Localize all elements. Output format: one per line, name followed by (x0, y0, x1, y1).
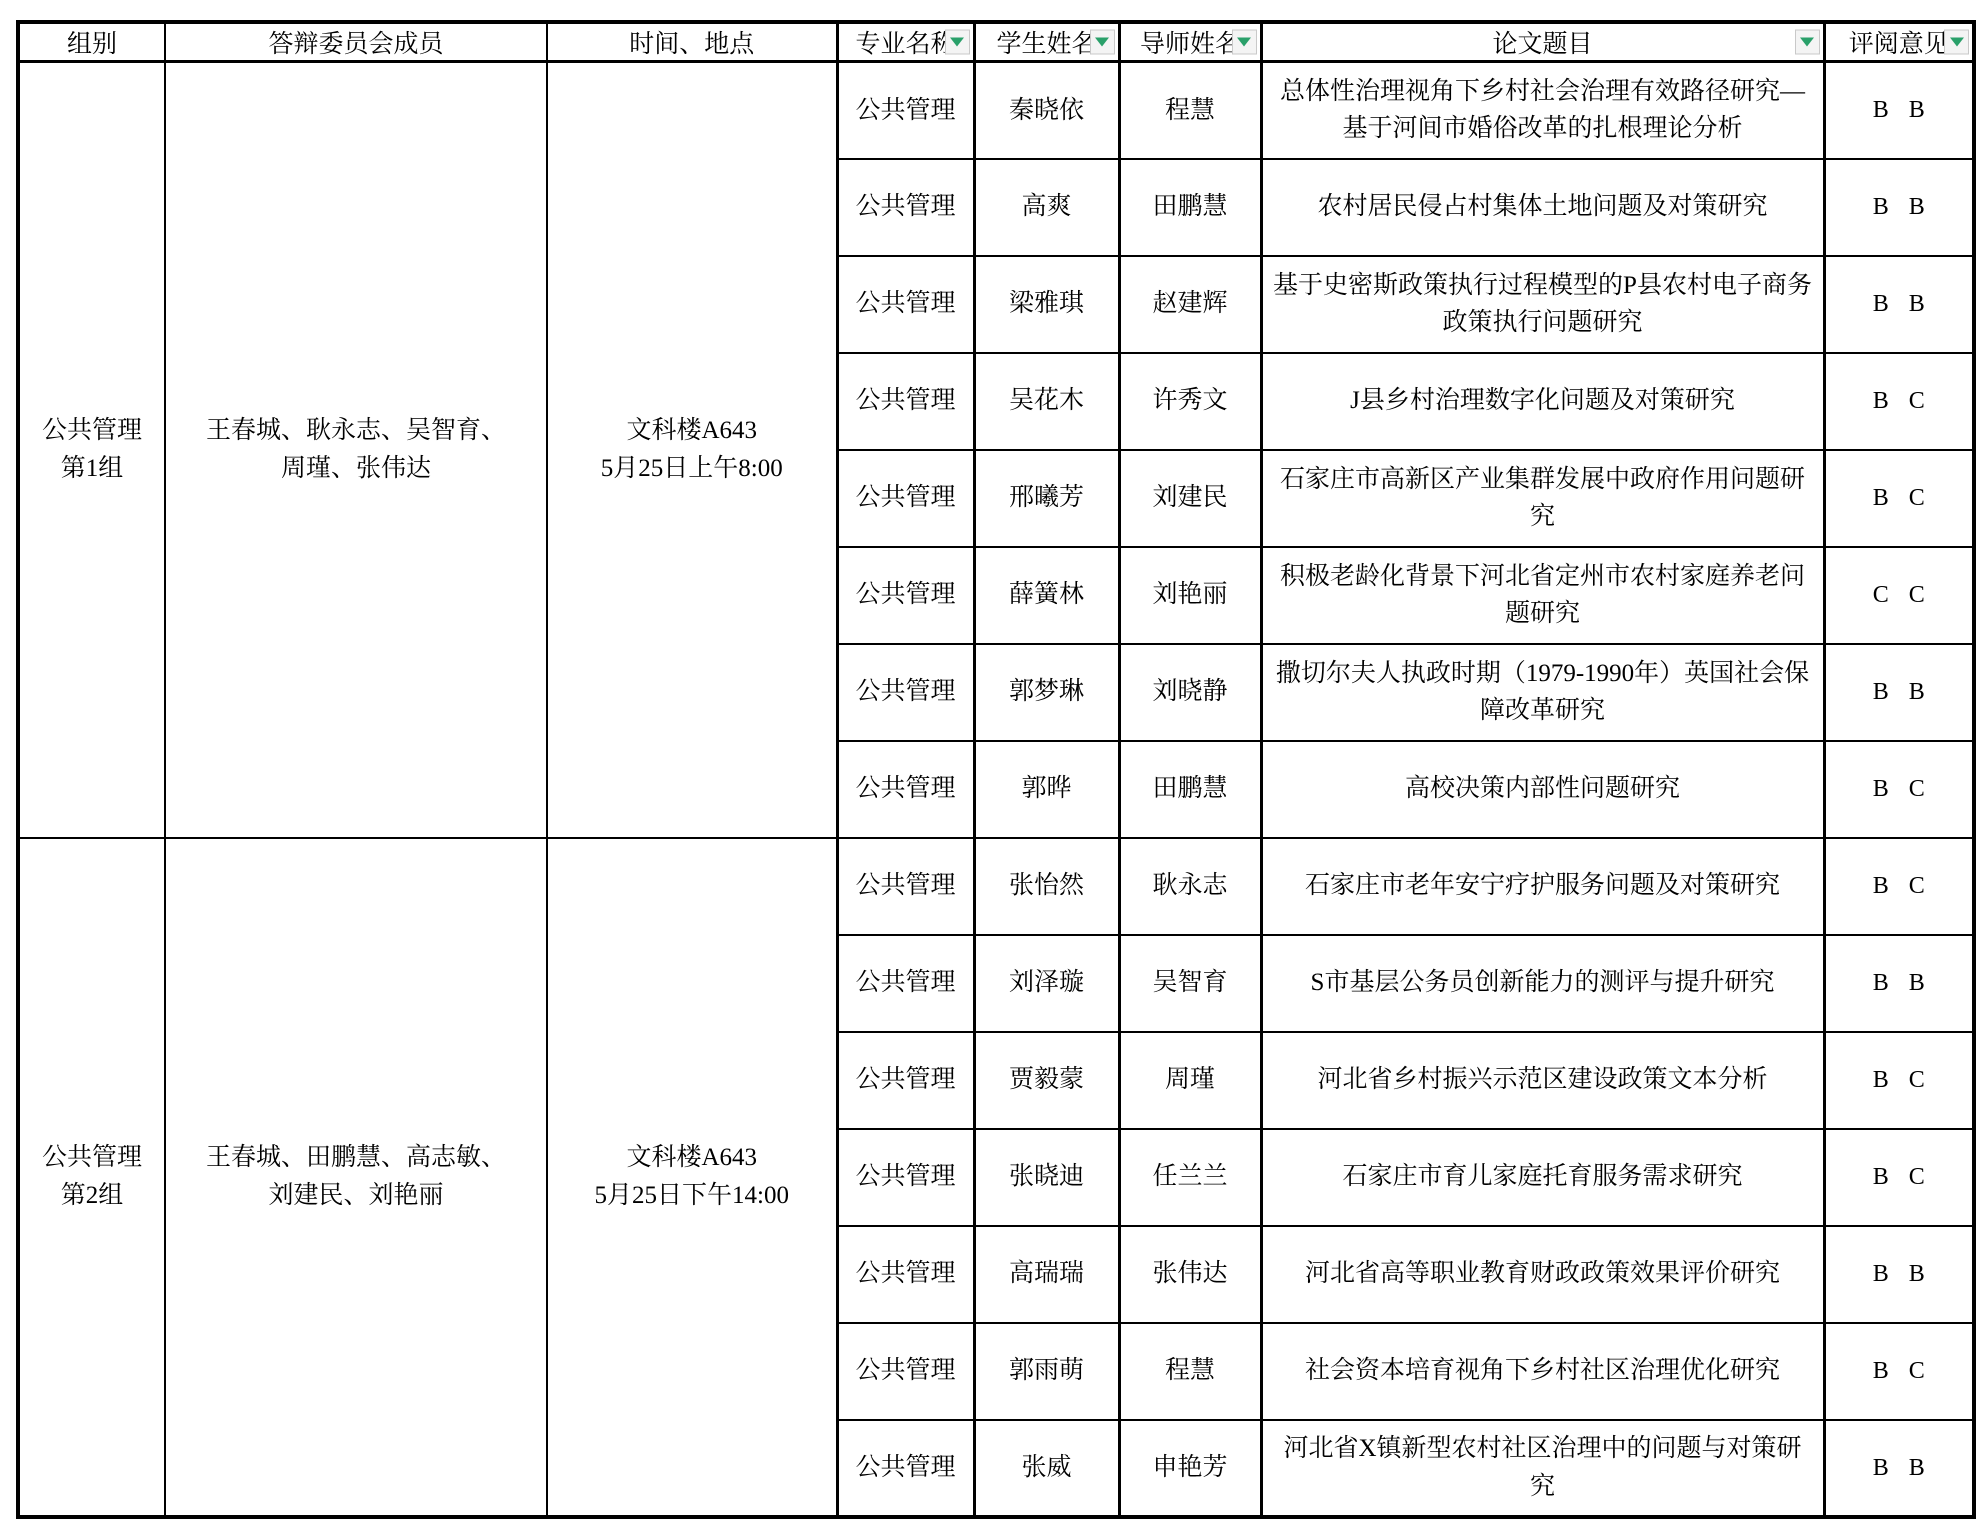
column-header-label: 组别 (67, 31, 117, 58)
group-name-cell[interactable]: 公共管理 第1组 (18, 62, 165, 838)
column-header-2[interactable]: 时间、地点 (547, 22, 837, 62)
review-opinion-cell[interactable]: B C (1824, 1323, 1974, 1420)
advisor-name-cell[interactable]: 刘艳丽 (1119, 547, 1261, 644)
thesis-title-cell[interactable]: 高校决策内部性问题研究 (1261, 741, 1824, 838)
major-cell[interactable]: 公共管理 (837, 838, 974, 935)
table-row: 公共管理 第2组 王春城、田鹏慧、高志敏、 刘建民、刘艳丽 文科楼A643 5月… (18, 838, 1974, 935)
student-name-cell[interactable]: 郭雨萌 (974, 1323, 1119, 1420)
student-name-cell[interactable]: 郭晔 (974, 741, 1119, 838)
header-row: 组别 答辩委员会成员 时间、地点 专业名称 学生姓名 导师姓名 (18, 22, 1974, 62)
major-cell[interactable]: 公共管理 (837, 159, 974, 256)
advisor-name-cell[interactable]: 程慧 (1119, 62, 1261, 159)
column-header-1[interactable]: 答辩委员会成员 (165, 22, 547, 62)
major-cell[interactable]: 公共管理 (837, 1323, 974, 1420)
column-header-label: 学生姓名 (996, 31, 1096, 58)
group-name-cell[interactable]: 公共管理 第2组 (18, 838, 165, 1517)
thesis-title-cell[interactable]: J县乡村治理数字化问题及对策研究 (1261, 353, 1824, 450)
review-opinion-cell[interactable]: B C (1824, 353, 1974, 450)
column-header-label: 评阅意见 (1849, 31, 1949, 58)
thesis-title-cell[interactable]: 总体性治理视角下乡村社会治理有效路径研究—基于河间市婚俗改革的扎根理论分析 (1261, 62, 1824, 159)
column-header-label: 专业名称 (855, 31, 955, 58)
review-opinion-cell[interactable]: B B (1824, 935, 1974, 1032)
committee-members-cell[interactable]: 王春城、田鹏慧、高志敏、 刘建民、刘艳丽 (165, 838, 547, 1517)
review-opinion-cell[interactable]: B C (1824, 1032, 1974, 1129)
major-cell[interactable]: 公共管理 (837, 644, 974, 741)
table-row: 公共管理 第1组 王春城、耿永志、吴智育、 周瑾、张伟达 文科楼A643 5月2… (18, 62, 1974, 159)
student-name-cell[interactable]: 薛簧林 (974, 547, 1119, 644)
filter-arrow-icon (1237, 38, 1251, 47)
student-name-cell[interactable]: 郭梦琳 (974, 644, 1119, 741)
thesis-title-cell[interactable]: 农村居民侵占村集体土地问题及对策研究 (1261, 159, 1824, 256)
column-header-3[interactable]: 专业名称 (837, 22, 974, 62)
major-cell[interactable]: 公共管理 (837, 741, 974, 838)
major-cell[interactable]: 公共管理 (837, 450, 974, 547)
thesis-title-cell[interactable]: 河北省X镇新型农村社区治理中的问题与对策研究 (1261, 1420, 1824, 1517)
review-opinion-cell[interactable]: B B (1824, 62, 1974, 159)
time-place-cell[interactable]: 文科楼A643 5月25日下午14:00 (547, 838, 837, 1517)
time-place-cell[interactable]: 文科楼A643 5月25日上午8:00 (547, 62, 837, 838)
thesis-title-cell[interactable]: 基于史密斯政策执行过程模型的P县农村电子商务政策执行问题研究 (1261, 256, 1824, 353)
review-opinion-cell[interactable]: B B (1824, 256, 1974, 353)
advisor-name-cell[interactable]: 许秀文 (1119, 353, 1261, 450)
filter-dropdown-button[interactable] (1090, 30, 1115, 55)
filter-dropdown-button[interactable] (945, 30, 970, 55)
column-header-0[interactable]: 组别 (18, 22, 165, 62)
major-cell[interactable]: 公共管理 (837, 547, 974, 644)
review-opinion-cell[interactable]: B B (1824, 1420, 1974, 1517)
student-name-cell[interactable]: 梁雅琪 (974, 256, 1119, 353)
advisor-name-cell[interactable]: 赵建辉 (1119, 256, 1261, 353)
committee-members-cell[interactable]: 王春城、耿永志、吴智育、 周瑾、张伟达 (165, 62, 547, 838)
thesis-title-cell[interactable]: 河北省乡村振兴示范区建设政策文本分析 (1261, 1032, 1824, 1129)
column-header-label: 答辩委员会成员 (268, 31, 443, 58)
review-opinion-cell[interactable]: B C (1824, 1129, 1974, 1226)
column-header-label: 时间、地点 (629, 31, 754, 58)
advisor-name-cell[interactable]: 申艳芳 (1119, 1420, 1261, 1517)
student-name-cell[interactable]: 邢曦芳 (974, 450, 1119, 547)
advisor-name-cell[interactable]: 吴智育 (1119, 935, 1261, 1032)
major-cell[interactable]: 公共管理 (837, 1032, 974, 1129)
advisor-name-cell[interactable]: 张伟达 (1119, 1226, 1261, 1323)
review-opinion-cell[interactable]: B C (1824, 838, 1974, 935)
advisor-name-cell[interactable]: 任兰兰 (1119, 1129, 1261, 1226)
filter-dropdown-button[interactable] (1944, 30, 1969, 55)
student-name-cell[interactable]: 秦晓依 (974, 62, 1119, 159)
column-header-5[interactable]: 导师姓名 (1119, 22, 1261, 62)
review-opinion-cell[interactable]: B B (1824, 159, 1974, 256)
student-name-cell[interactable]: 高瑞瑞 (974, 1226, 1119, 1323)
student-name-cell[interactable]: 刘泽璇 (974, 935, 1119, 1032)
major-cell[interactable]: 公共管理 (837, 62, 974, 159)
filter-arrow-icon (1950, 38, 1964, 47)
review-opinion-cell[interactable]: C C (1824, 547, 1974, 644)
student-name-cell[interactable]: 张威 (974, 1420, 1119, 1517)
advisor-name-cell[interactable]: 耿永志 (1119, 838, 1261, 935)
student-name-cell[interactable]: 张晓迪 (974, 1129, 1119, 1226)
student-name-cell[interactable]: 吴花木 (974, 353, 1119, 450)
student-name-cell[interactable]: 高爽 (974, 159, 1119, 256)
major-cell[interactable]: 公共管理 (837, 1420, 974, 1517)
advisor-name-cell[interactable]: 周瑾 (1119, 1032, 1261, 1129)
column-header-6[interactable]: 论文题目 (1261, 22, 1824, 62)
thesis-title-cell[interactable]: S市基层公务员创新能力的测评与提升研究 (1261, 935, 1824, 1032)
column-header-4[interactable]: 学生姓名 (974, 22, 1119, 62)
major-cell[interactable]: 公共管理 (837, 353, 974, 450)
advisor-name-cell[interactable]: 刘建民 (1119, 450, 1261, 547)
filter-arrow-icon (1800, 38, 1814, 47)
review-opinion-cell[interactable]: B B (1824, 1226, 1974, 1323)
major-cell[interactable]: 公共管理 (837, 935, 974, 1032)
major-cell[interactable]: 公共管理 (837, 256, 974, 353)
major-cell[interactable]: 公共管理 (837, 1226, 974, 1323)
filter-arrow-icon (950, 38, 964, 47)
student-name-cell[interactable]: 贾毅蒙 (974, 1032, 1119, 1129)
column-header-7[interactable]: 评阅意见 (1824, 22, 1974, 62)
advisor-name-cell[interactable]: 田鹏慧 (1119, 159, 1261, 256)
thesis-title-cell[interactable]: 撒切尔夫人执政时期（1979-1990年）英国社会保障改革研究 (1261, 644, 1824, 741)
advisor-name-cell[interactable]: 程慧 (1119, 1323, 1261, 1420)
filter-dropdown-button[interactable] (1232, 30, 1257, 55)
advisor-name-cell[interactable]: 田鹏慧 (1119, 741, 1261, 838)
review-opinion-cell[interactable]: B C (1824, 741, 1974, 838)
major-cell[interactable]: 公共管理 (837, 1129, 974, 1226)
review-opinion-cell[interactable]: B C (1824, 450, 1974, 547)
thesis-title-cell[interactable]: 石家庄市育儿家庭托育服务需求研究 (1261, 1129, 1824, 1226)
advisor-name-cell[interactable]: 刘晓静 (1119, 644, 1261, 741)
thesis-title-cell[interactable]: 石家庄市老年安宁疗护服务问题及对策研究 (1261, 838, 1824, 935)
column-header-label: 导师姓名 (1140, 31, 1240, 58)
filter-dropdown-button[interactable] (1795, 30, 1820, 55)
thesis-title-cell[interactable]: 石家庄市高新区产业集群发展中政府作用问题研究 (1261, 450, 1824, 547)
column-header-label: 论文题目 (1492, 31, 1592, 58)
filter-arrow-icon (1095, 38, 1109, 47)
student-name-cell[interactable]: 张怡然 (974, 838, 1119, 935)
thesis-title-cell[interactable]: 社会资本培育视角下乡村社区治理优化研究 (1261, 1323, 1824, 1420)
defense-schedule-table: 组别 答辩委员会成员 时间、地点 专业名称 学生姓名 导师姓名 (16, 20, 1976, 1519)
thesis-title-cell[interactable]: 积极老龄化背景下河北省定州市农村家庭养老问题研究 (1261, 547, 1824, 644)
spreadsheet-canvas: 组别 答辩委员会成员 时间、地点 专业名称 学生姓名 导师姓名 (0, 0, 1980, 1538)
review-opinion-cell[interactable]: B B (1824, 644, 1974, 741)
thesis-title-cell[interactable]: 河北省高等职业教育财政政策效果评价研究 (1261, 1226, 1824, 1323)
